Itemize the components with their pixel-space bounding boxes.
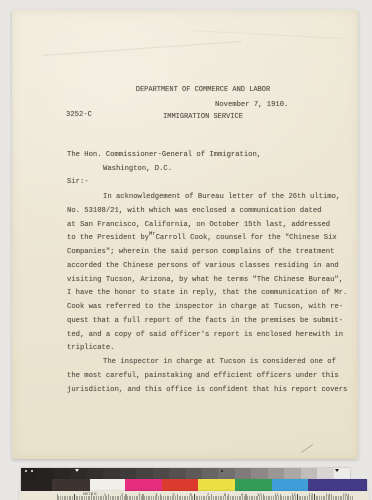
letter-line: at San Francisco, California, on October… bbox=[67, 219, 367, 233]
letter-line: I have the honor to state in reply, that… bbox=[67, 287, 367, 301]
letter-line: triplicate. bbox=[67, 342, 367, 356]
letter-line: In acknowledgement of Bureau letter of t… bbox=[67, 191, 367, 205]
color-patch-yellow bbox=[198, 479, 235, 491]
gray-step bbox=[54, 468, 70, 479]
color-patch-black bbox=[21, 479, 52, 491]
letter-line: quest that a full report of the facts in… bbox=[67, 315, 367, 329]
letter-date: November 7, 1910. bbox=[215, 101, 288, 109]
letter-line: Cook was referred to the inspector in ch… bbox=[67, 301, 367, 315]
gray-step bbox=[301, 468, 317, 479]
gray-step bbox=[235, 468, 251, 479]
color-patch-white bbox=[90, 479, 125, 491]
gray-step bbox=[202, 468, 218, 479]
grayscale-calibration-strip bbox=[21, 468, 350, 479]
letter-line: No. 53108/21, with which was enclosed a … bbox=[67, 205, 367, 219]
gray-step bbox=[153, 468, 169, 479]
letter-line: ted, and a copy of said officer's report… bbox=[67, 329, 367, 343]
file-number: 3252-C bbox=[66, 111, 92, 119]
scanned-document-view: DEPARTMENT OF COMMERCE AND LABOR IMMIGRA… bbox=[0, 0, 372, 500]
ruler-mm-ticks bbox=[57, 496, 353, 500]
gray-step bbox=[284, 468, 300, 479]
gray-step bbox=[268, 468, 284, 479]
letter-line: the most careful, painstaking and effici… bbox=[67, 370, 367, 384]
gray-step bbox=[218, 468, 234, 479]
color-patch-violet bbox=[308, 479, 367, 491]
gray-step bbox=[120, 468, 136, 479]
color-patch-blue bbox=[272, 479, 308, 491]
letterhead-agency: DEPARTMENT OF COMMERCE AND LABOR bbox=[132, 86, 274, 95]
gray-step bbox=[334, 468, 350, 479]
gray-step bbox=[136, 468, 152, 479]
letter-line: accorded the Chinese persons of various … bbox=[67, 260, 367, 274]
gray-step bbox=[70, 468, 86, 479]
gray-step bbox=[186, 468, 202, 479]
gray-step bbox=[37, 468, 53, 479]
recipient-city: Washington, D.C. bbox=[103, 165, 172, 173]
pencil-mark bbox=[301, 444, 313, 453]
letter-line: to the President byMrCarroll Cook, couns… bbox=[67, 232, 367, 246]
color-patch-dark-brown bbox=[52, 479, 90, 491]
metric-ruler: METRIC123456789101112131415 bbox=[19, 491, 369, 500]
gray-step bbox=[87, 468, 103, 479]
paper-crease bbox=[42, 41, 242, 56]
letter-page: DEPARTMENT OF COMMERCE AND LABOR IMMIGRA… bbox=[12, 10, 358, 459]
color-patch-magenta bbox=[125, 479, 162, 491]
salutation: Sir:- bbox=[67, 178, 89, 186]
letter-line: Companies"; wherein the said person comp… bbox=[67, 246, 367, 260]
gray-step bbox=[317, 468, 333, 479]
gray-step bbox=[103, 468, 119, 479]
letter-line: jurisdiction, and this office is confide… bbox=[67, 384, 367, 398]
color-calibration-strip bbox=[21, 479, 367, 491]
recipient-line: The Hon. Commissioner-General of Immigra… bbox=[67, 151, 261, 159]
gray-step bbox=[21, 468, 37, 479]
letter-line: visiting Tucson, Arizona, by what he ter… bbox=[67, 274, 367, 288]
color-patch-green bbox=[235, 479, 272, 491]
gray-step bbox=[251, 468, 267, 479]
color-patch-red bbox=[162, 479, 198, 491]
gray-step bbox=[169, 468, 185, 479]
letterhead-service: IMMIGRATION SERVICE bbox=[132, 113, 274, 122]
letter-body: In acknowledgement of Bureau letter of t… bbox=[67, 191, 367, 397]
paper-crease bbox=[192, 30, 342, 39]
letter-line: The inspector in charge at Tucson is con… bbox=[67, 356, 367, 370]
